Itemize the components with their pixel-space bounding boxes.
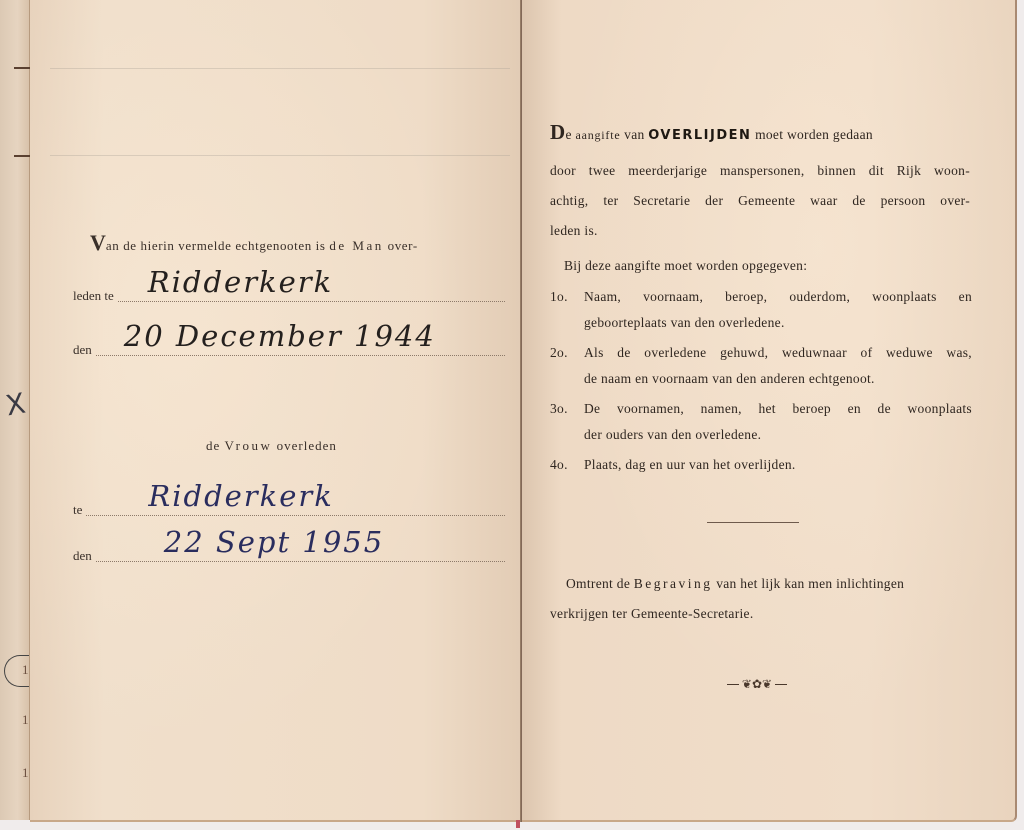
handwritten-cross-mark: X (3, 387, 28, 423)
man-place-label: leden te (73, 288, 114, 306)
ornament-rule (775, 684, 787, 685)
vrouw-heading-text: de (206, 438, 225, 453)
vrouw-heading-text-end: overleden (272, 438, 337, 453)
intro-man-label: de Man (329, 238, 383, 253)
faint-rule (50, 155, 510, 156)
instructions-line-3: achtig, ter Secretarie der Gemeente waar… (550, 185, 970, 216)
vrouw-heading: de Vrouw overleden (206, 438, 337, 454)
list-item: 2o. Als de overledene gehuwd, weduwnaar … (550, 340, 972, 392)
margin-tick (14, 67, 30, 69)
man-place-field[interactable]: leden te Ridderkerk (73, 276, 505, 306)
list-number: 1o. (550, 284, 584, 310)
left-page: Van de hierin vermelde echtgenooten is d… (30, 0, 521, 822)
dotted-line: Ridderkerk (118, 271, 505, 302)
list-text-line: Als de overledene gehuwd, weduwnaar of w… (584, 340, 972, 366)
instructions-line-1: De aangifte van OVERLIJDEN moet worden g… (550, 120, 970, 145)
vrouw-place-label: te (73, 502, 82, 520)
binding-thread (516, 820, 520, 828)
scanned-document: X 1 1 1 Van de hierin vermelde echtgenoo… (0, 0, 1024, 830)
right-page: De aangifte van OVERLIJDEN moet worden g… (522, 0, 1017, 822)
list-item: 1o. Naam, voornaam, beroep, ouderdom, wo… (550, 284, 972, 336)
instructions-line-2: door twee meerderjarige manspersonen, bi… (550, 155, 970, 186)
dotted-line: 22 Sept 1955 (96, 531, 505, 562)
list-text-line: geboorteplaats van den overledene. (584, 310, 972, 336)
instructions-dropcap: D (550, 120, 565, 144)
ornament-flourish-icon: ❦✿❦ (717, 677, 797, 691)
list-number: 3o. (550, 396, 584, 422)
vrouw-label: Vrouw (225, 438, 273, 453)
death-record-intro: Van de hierin vermelde echtgenooten is d… (90, 230, 500, 256)
list-text-line: Naam, voornaam, beroep, ouderdom, woonpl… (584, 284, 972, 310)
text: moet worden gedaan (751, 127, 873, 142)
text: van het lijk kan men inlichtingen (713, 576, 905, 591)
begraving-line-1: Omtrent de Begraving van het lijk kan me… (566, 576, 986, 592)
man-date-label: den (73, 342, 92, 360)
list-item: 3o. De voornamen, namen, het beroep en d… (550, 396, 972, 448)
vrouw-place-field[interactable]: te Ridderkerk (73, 490, 505, 520)
list-number: 4o. (550, 452, 584, 478)
man-place-value: Ridderkerk (148, 265, 333, 299)
intro-dropcap: V (90, 230, 106, 255)
text: aangifte (575, 128, 620, 142)
dotted-line: 20 December 1944 (96, 325, 505, 356)
ornament-rule (727, 684, 739, 685)
margin-number: 1 (22, 662, 29, 678)
list-text-line: der ouders van den overledene. (584, 422, 972, 448)
man-date-value: 20 December 1944 (124, 319, 436, 353)
list-text-line: De voornamen, namen, het beroep en de wo… (584, 396, 972, 422)
vrouw-date-label: den (73, 548, 92, 566)
vrouw-date-field[interactable]: den 22 Sept 1955 (73, 536, 505, 566)
overlijden-heading: OVERLIJDEN (648, 128, 751, 143)
begraving-line-2: verkrijgen ter Gemeente-Secretarie. (550, 606, 970, 622)
vrouw-place-value: Ridderkerk (148, 479, 333, 513)
text: e (565, 127, 575, 142)
text: Omtrent de (566, 576, 634, 591)
faint-rule (50, 68, 510, 69)
list-item: 4o. Plaats, dag en uur van het overlijde… (550, 452, 972, 478)
begraving-label: Begraving (634, 576, 713, 591)
previous-page-edge: X 1 1 1 (0, 0, 30, 820)
text: van (620, 127, 648, 142)
dotted-line: Ridderkerk (86, 485, 505, 516)
instructions-line-4: leden is. (550, 215, 970, 246)
vrouw-date-value: 22 Sept 1955 (164, 525, 384, 559)
man-date-field[interactable]: den 20 December 1944 (73, 330, 505, 360)
margin-number: 1 (22, 712, 29, 728)
list-intro: Bij deze aangifte moet worden opgegeven: (564, 258, 984, 274)
margin-tick (14, 155, 30, 157)
list-text-line: de naam en voornaam van den anderen echt… (584, 366, 972, 392)
intro-text-end: over- (384, 238, 418, 253)
margin-number: 1 (22, 765, 29, 781)
ornament-glyph: ❦✿❦ (742, 677, 772, 691)
section-divider (707, 522, 799, 523)
list-number: 2o. (550, 340, 584, 366)
list-text-line: Plaats, dag en uur van het overlijden. (584, 452, 972, 478)
intro-text: an de hierin vermelde echtgenooten is (106, 238, 330, 253)
